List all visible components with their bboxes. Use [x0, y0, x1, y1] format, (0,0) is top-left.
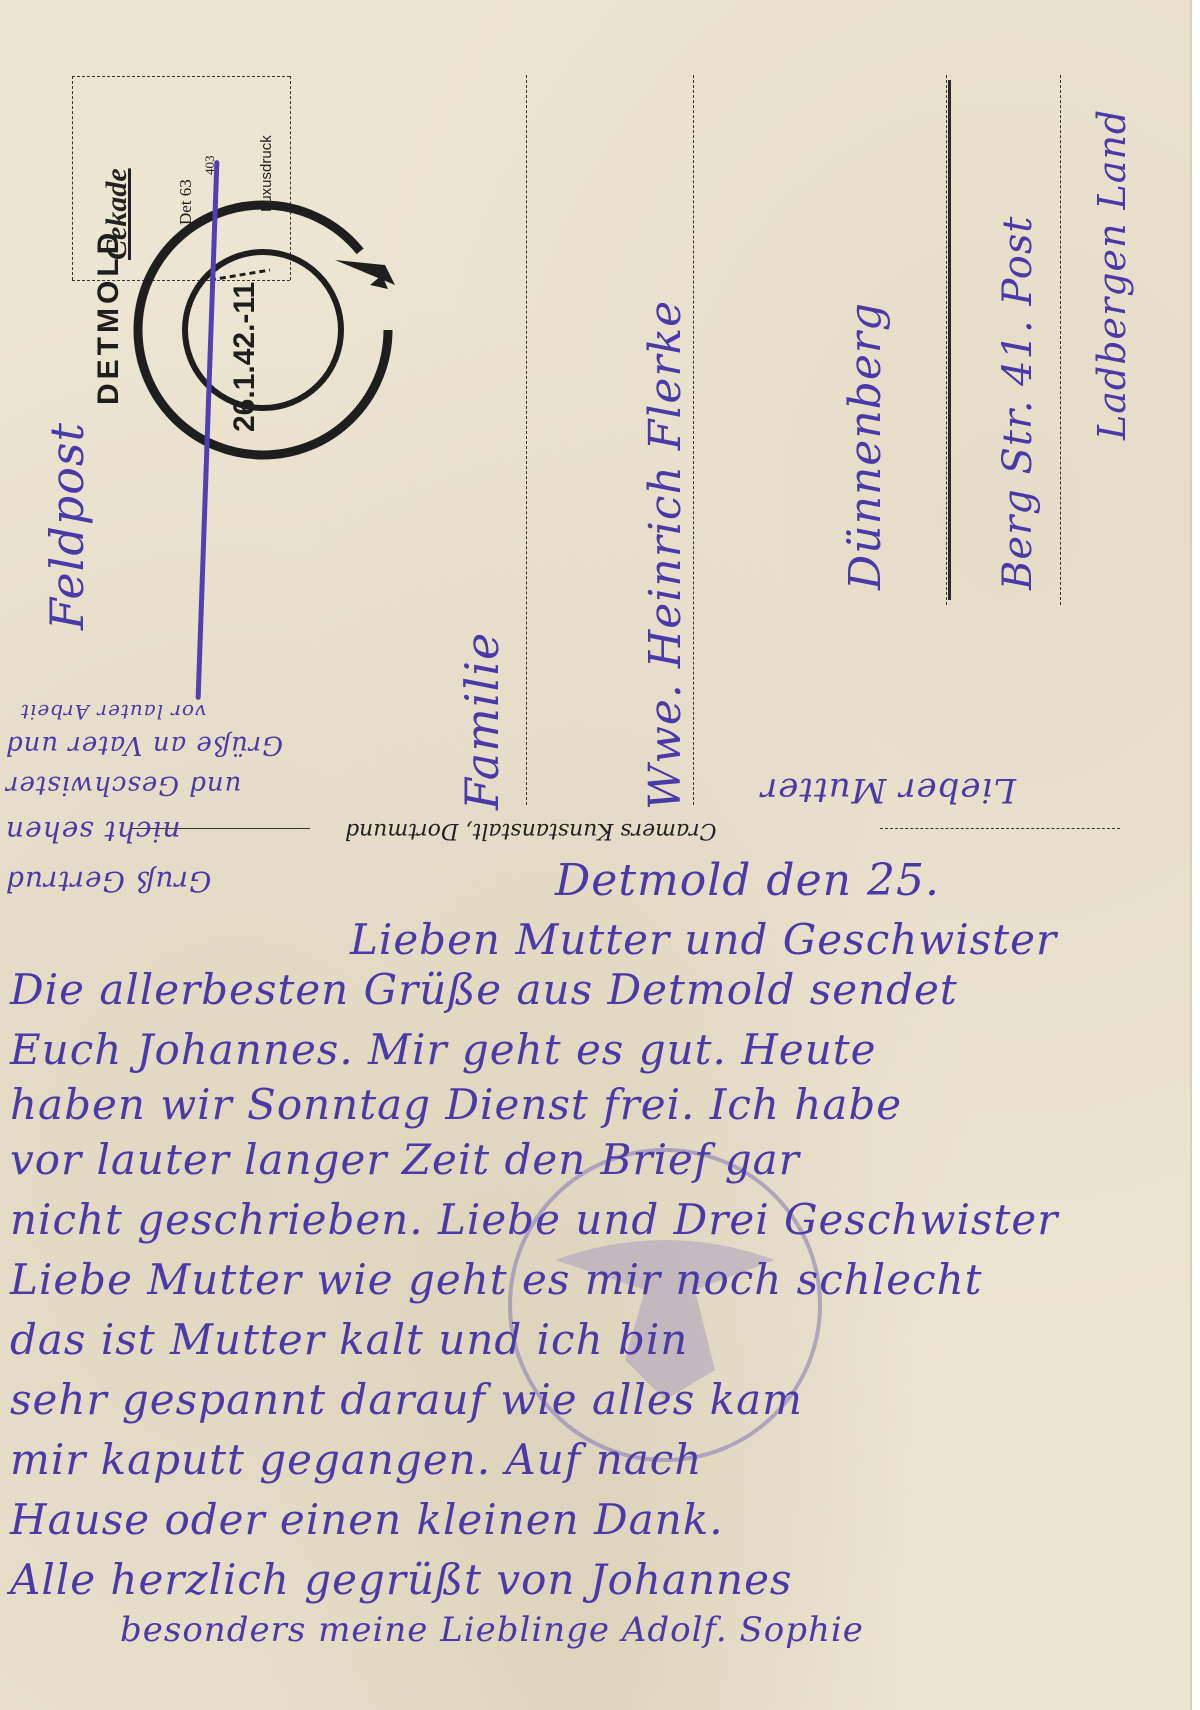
address-line-3: [1060, 75, 1061, 605]
message-heading: Detmold den 25.: [555, 855, 940, 906]
address-line-1: [693, 75, 694, 805]
message-line: Hause oder einen kleinen Dank.: [10, 1495, 724, 1544]
address-street: Berg Str. 41. Post: [995, 216, 1041, 590]
stamp-box-left: [72, 76, 73, 280]
address-line-4: [880, 828, 1120, 829]
stamp-box-top: [72, 76, 290, 77]
message-line: Lieben Mutter und Geschwister: [350, 915, 1057, 964]
underline-stroke: [948, 80, 951, 600]
address-divider: [526, 75, 527, 805]
address-familie: Familie: [455, 632, 509, 810]
address-feldpost: Feldpost: [40, 422, 94, 630]
margin-line-5: Gruß Gertrud: [5, 865, 211, 898]
message-line: das ist Mutter kalt und ich bin: [10, 1315, 688, 1364]
message-line: Alle herzlich gegrüßt von Johannes: [10, 1555, 792, 1604]
message-line: mir kaputt gegangen. Auf nach: [10, 1435, 702, 1484]
message-line: sehr gespannt darauf wie alles kam: [10, 1375, 803, 1424]
margin-line-3: und Geschwister: [5, 770, 241, 800]
message-line: Euch Johannes. Mir geht es gut. Heute: [10, 1025, 876, 1074]
message-line: besonders meine Lieblinge Adolf. Sophie: [120, 1610, 864, 1650]
margin-line-1: vor lauter Arbeit: [20, 700, 206, 724]
postmark-place: DETMOLD: [92, 229, 126, 405]
message-line: nicht geschrieben. Liebe und Drei Geschw…: [10, 1195, 1058, 1244]
address-town: Dünnenberg: [840, 302, 891, 590]
message-line: Liebe Mutter wie geht es mir noch schlec…: [10, 1255, 983, 1304]
postcard: Cekade Det 63 403 Luxusdruck 26.1.42.-11…: [0, 0, 1192, 1710]
right-header: Lieber Mutter: [760, 770, 1016, 810]
address-region: Ladbergen Land: [1090, 109, 1134, 440]
message-line: haben wir Sonntag Dienst frei. Ich habe: [10, 1080, 902, 1129]
address-line-2: [946, 75, 947, 605]
margin-line-2: Grüße an Vater und: [5, 730, 283, 760]
message-line: vor lauter langer Zeit den Brief gar: [10, 1135, 800, 1184]
postmark-date: 26.1.42.-11: [228, 282, 262, 432]
margin-line-4: nicht sehen: [5, 815, 180, 848]
address-name: Wwe. Heinrich Flerke: [640, 300, 691, 810]
publisher-line: Cramers Kunstanstalt, Dortmund: [345, 818, 717, 843]
message-line: Die allerbesten Grüße aus Detmold sendet: [10, 965, 958, 1014]
